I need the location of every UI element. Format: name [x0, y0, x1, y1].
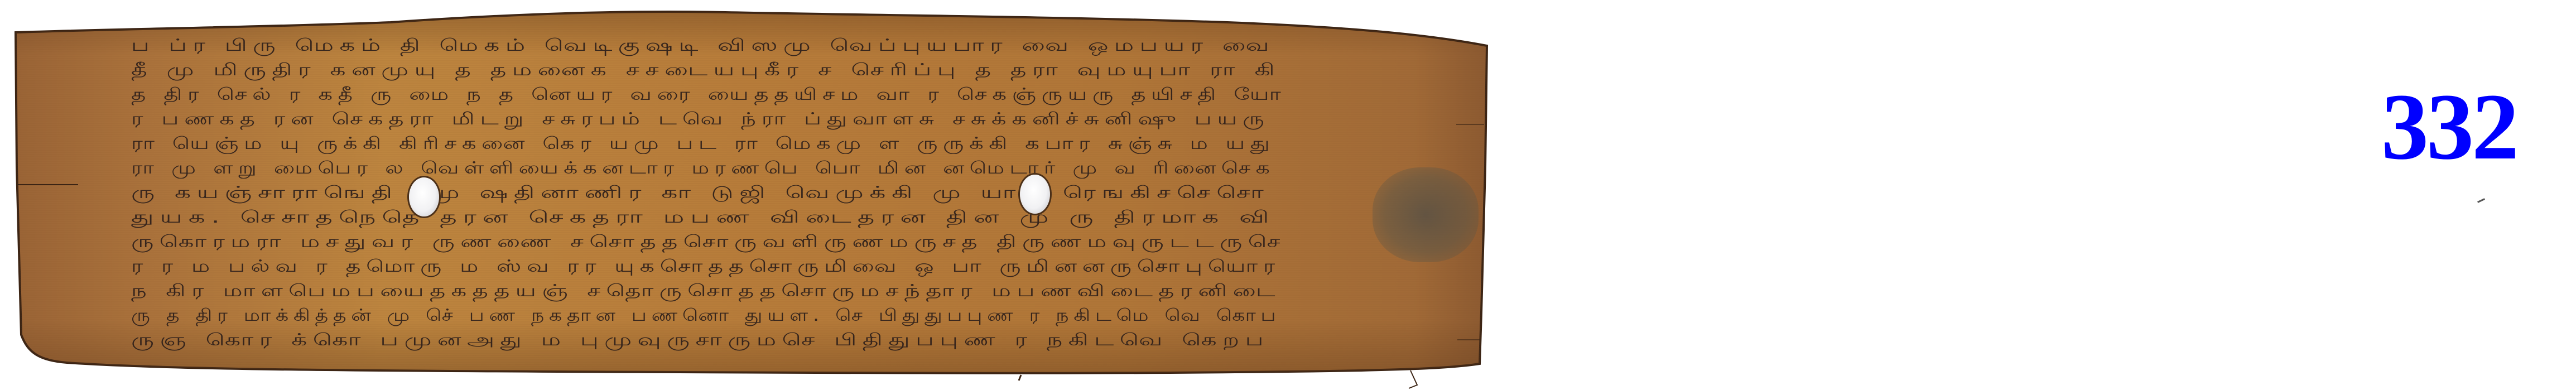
text-line: ருகொரமரா மசதுவர ருணணை சசொததசொருவளிருணமரு…	[131, 231, 1286, 253]
text-line: ரா மு ளறு மைபெர ல வெள்ளியைக்கனடார மரணபெ …	[131, 157, 1275, 180]
leaf-crack-right-lower	[1457, 339, 1481, 340]
text-line: ரா யெஞ்ம யு ருக்கி கிரிசகனை கெர யமு பட ர…	[131, 133, 1275, 155]
text-line: ரு கயஞ்சாராஙெதி ரமு ஷதினாணிர கா டுஜி வெம…	[131, 182, 1269, 204]
leaf-crack-right	[1456, 124, 1484, 125]
string-hole-right	[1020, 175, 1050, 214]
text-line: ரு த திர மாக்கித்தன் மு செ் பண நகதான பணன…	[131, 305, 1280, 327]
leaf-stain	[1373, 167, 1479, 262]
text-line: துயக. செசாதநெதெ தரன செகதரா மபண விடைதரன த…	[131, 206, 1275, 229]
palm-leaf: ப ப்ர பிரு மெகம் தி மெகம் வெடிகுஷடி விஸம…	[0, 0, 1506, 390]
manuscript-scan: ப ப்ர பிரு மெகம் தி மெகம் வெடிகுஷடி விஸம…	[0, 0, 2576, 390]
page-number: 332	[2381, 79, 2517, 174]
string-hole-left	[409, 177, 439, 216]
stray-mark	[2477, 198, 2485, 203]
leaf-crack	[17, 184, 78, 185]
text-line: ர ர ம பல்வ ர தமொரு ம ஸ்வ ரர யுகசொததசொரும…	[131, 256, 1280, 278]
text-line: ருஞ கொர க்கொ பமுனஅது ம புமுவுருசாருமசெ ப…	[131, 329, 1269, 352]
text-line: ர பணகத ரன செகதரா மிடறு சசுரபம் டவெ ந்ரா …	[131, 108, 1270, 131]
text-line: தீ மு மிருதிர கனமுயு த தமனைக சசடையபுகீர …	[131, 59, 1280, 81]
text-line: ப ப்ர பிரு மெகம் தி மெகம் வெடிகுஷடி விஸம…	[131, 35, 1275, 57]
text-line: ந கிர மாளபெமபயைதகததயஞ் சதொருசொததசொருமசந்…	[131, 280, 1281, 302]
text-line: த திர செல் ர கதீ ரு மை ந த னெயர வரை யைதத…	[131, 84, 1286, 106]
